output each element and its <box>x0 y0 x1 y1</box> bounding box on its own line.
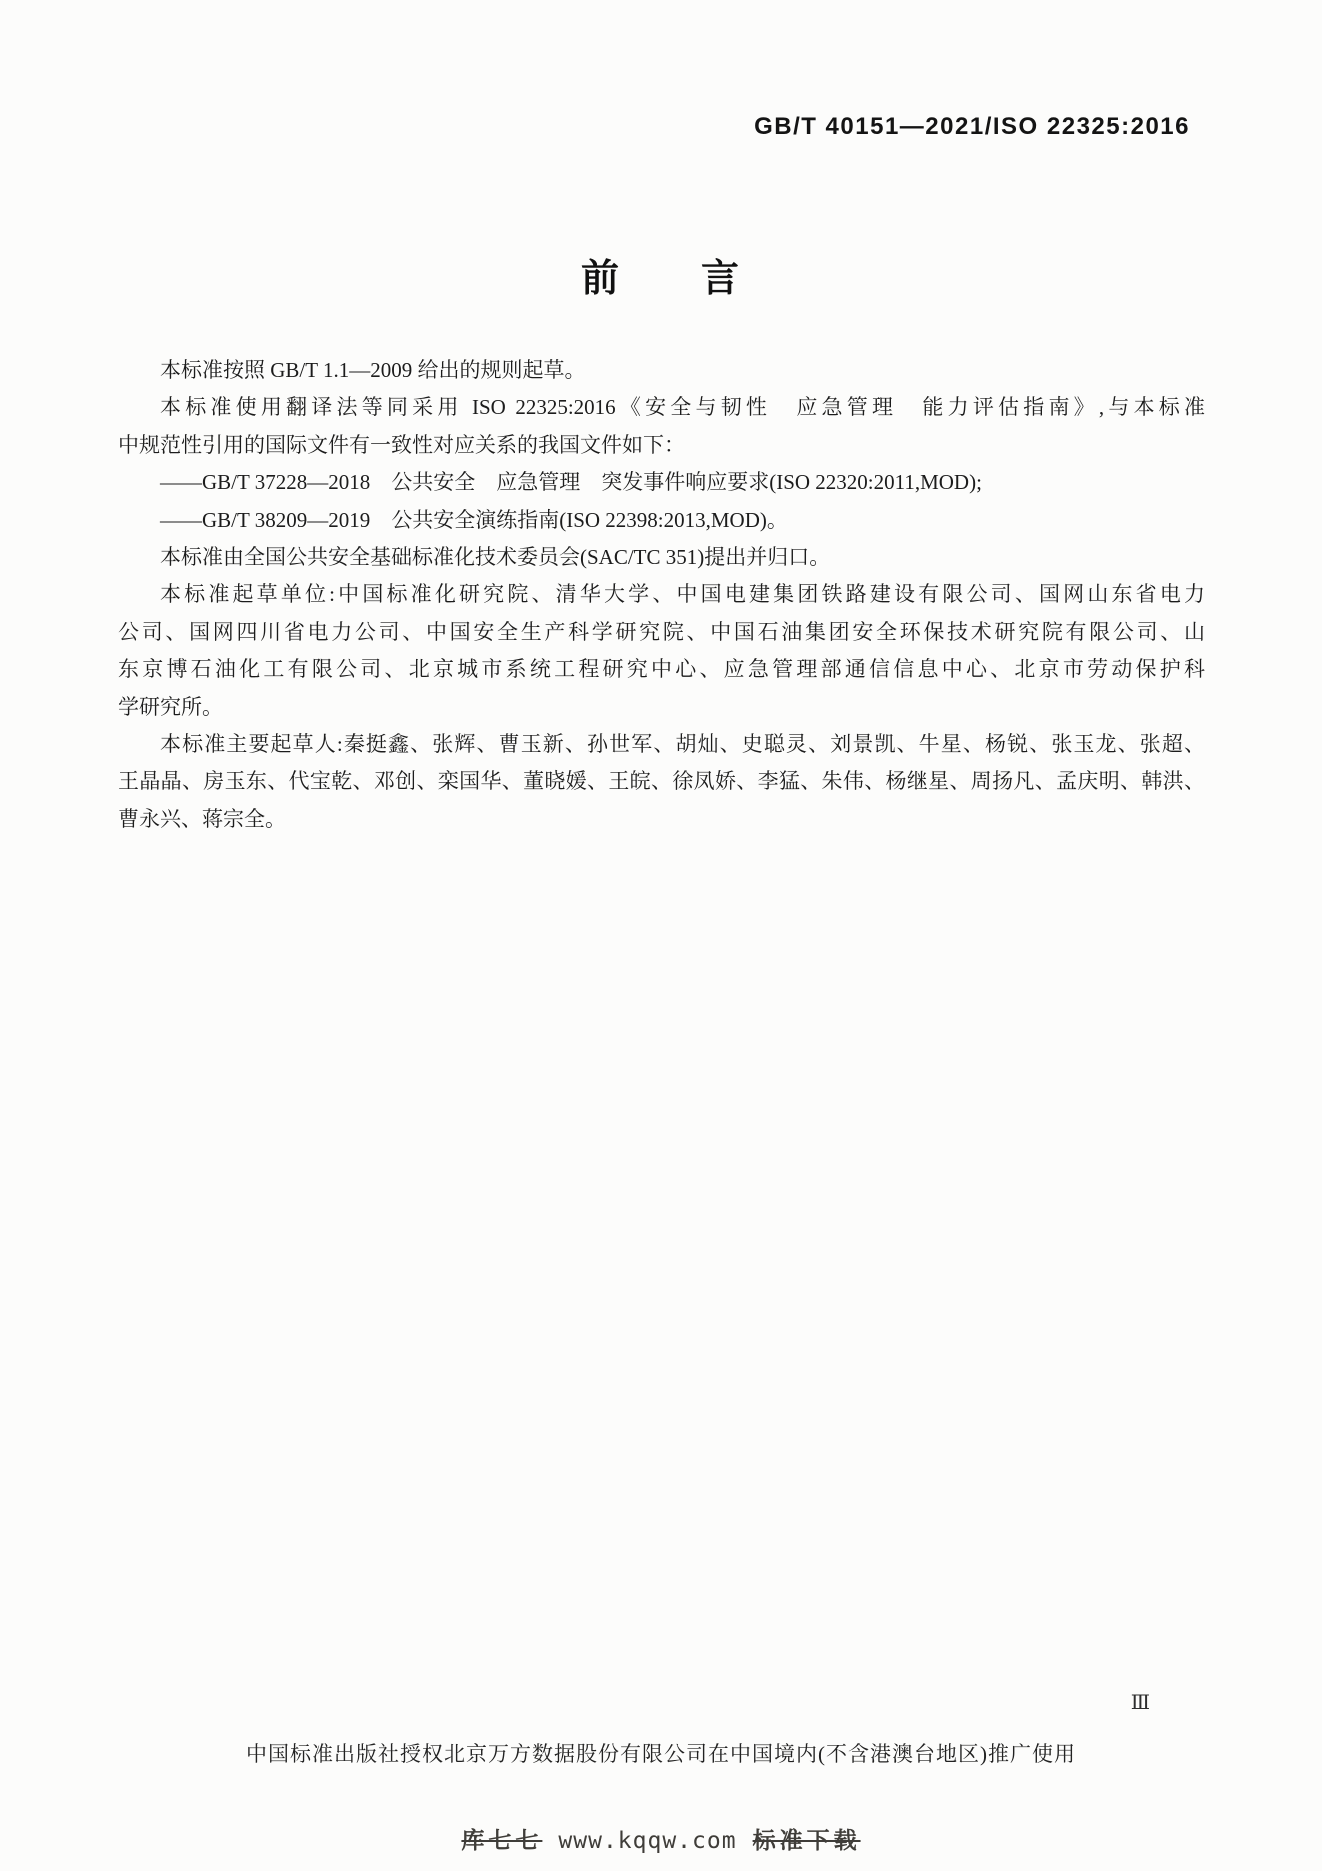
paragraph: 本标准由全国公共安全基础标准化技术委员会(SAC/TC 351)提出并归口。 <box>118 539 1205 576</box>
watermark-url: www.kqqw.com <box>558 1828 736 1854</box>
text-line: 公司、国网四川省电力公司、中国安全生产科学研究院、中国石油集团安全环保技术研究院… <box>118 614 1205 651</box>
text-line: 本标准按照 GB/T 1.1—2009 给出的规则起草。 <box>118 352 1205 389</box>
watermark-note: 标准下载 <box>753 1822 861 1855</box>
watermark: 库七七 www.kqqw.com 标准下载 <box>0 1822 1322 1855</box>
text-line: 东京博石油化工有限公司、北京城市系统工程研究中心、应急管理部通信信息中心、北京市… <box>118 651 1205 688</box>
paragraph: ——GB/T 37228—2018 公共安全 应急管理 突发事件响应要求(ISO… <box>118 464 1205 501</box>
text-line: 中规范性引用的国际文件有一致性对应关系的我国文件如下： <box>118 427 1205 464</box>
text-line: ——GB/T 37228—2018 公共安全 应急管理 突发事件响应要求(ISO… <box>118 464 1205 501</box>
authorization-note: 中国标准出版社授权北京万方数据股份有限公司在中国境内(不含港澳台地区)推广使用 <box>0 1738 1322 1768</box>
paragraph: 本标准使用翻译法等同采用 ISO 22325:2016《安全与韧性 应急管理 能… <box>118 389 1205 464</box>
text-line: 本标准使用翻译法等同采用 ISO 22325:2016《安全与韧性 应急管理 能… <box>118 389 1205 426</box>
paragraph: 本标准按照 GB/T 1.1—2009 给出的规则起草。 <box>118 352 1205 389</box>
foreword-body: 本标准按照 GB/T 1.1—2009 给出的规则起草。本标准使用翻译法等同采用… <box>118 352 1205 838</box>
standard-code: GB/T 40151—2021/ISO 22325:2016 <box>754 113 1190 141</box>
text-line: 曹永兴、蒋宗全。 <box>118 801 1205 838</box>
paragraph: 本标准主要起草人:秦挺鑫、张辉、曹玉新、孙世军、胡灿、史聪灵、刘景凯、牛星、杨锐… <box>118 726 1205 838</box>
page-number: Ⅲ <box>1131 1690 1150 1715</box>
text-line: 王晶晶、房玉东、代宝乾、邓创、栾国华、董晓媛、王皖、徐凤娇、李猛、朱伟、杨继星、… <box>118 763 1205 800</box>
text-line: 本标准起草单位:中国标准化研究院、清华大学、中国电建集团铁路建设有限公司、国网山… <box>118 576 1205 613</box>
paragraph: 本标准起草单位:中国标准化研究院、清华大学、中国电建集团铁路建设有限公司、国网山… <box>118 576 1205 726</box>
text-line: 本标准主要起草人:秦挺鑫、张辉、曹玉新、孙世军、胡灿、史聪灵、刘景凯、牛星、杨锐… <box>118 726 1205 763</box>
document-page: GB/T 40151—2021/ISO 22325:2016 前 言 本标准按照… <box>0 0 1322 1871</box>
paragraph: ——GB/T 38209—2019 公共安全演练指南(ISO 22398:201… <box>118 502 1205 539</box>
text-line: 学研究所。 <box>118 689 1205 726</box>
page-title: 前 言 <box>0 247 1322 302</box>
watermark-site-name: 库七七 <box>461 1822 542 1855</box>
text-line: ——GB/T 38209—2019 公共安全演练指南(ISO 22398:201… <box>118 502 1205 539</box>
text-line: 本标准由全国公共安全基础标准化技术委员会(SAC/TC 351)提出并归口。 <box>118 539 1205 576</box>
